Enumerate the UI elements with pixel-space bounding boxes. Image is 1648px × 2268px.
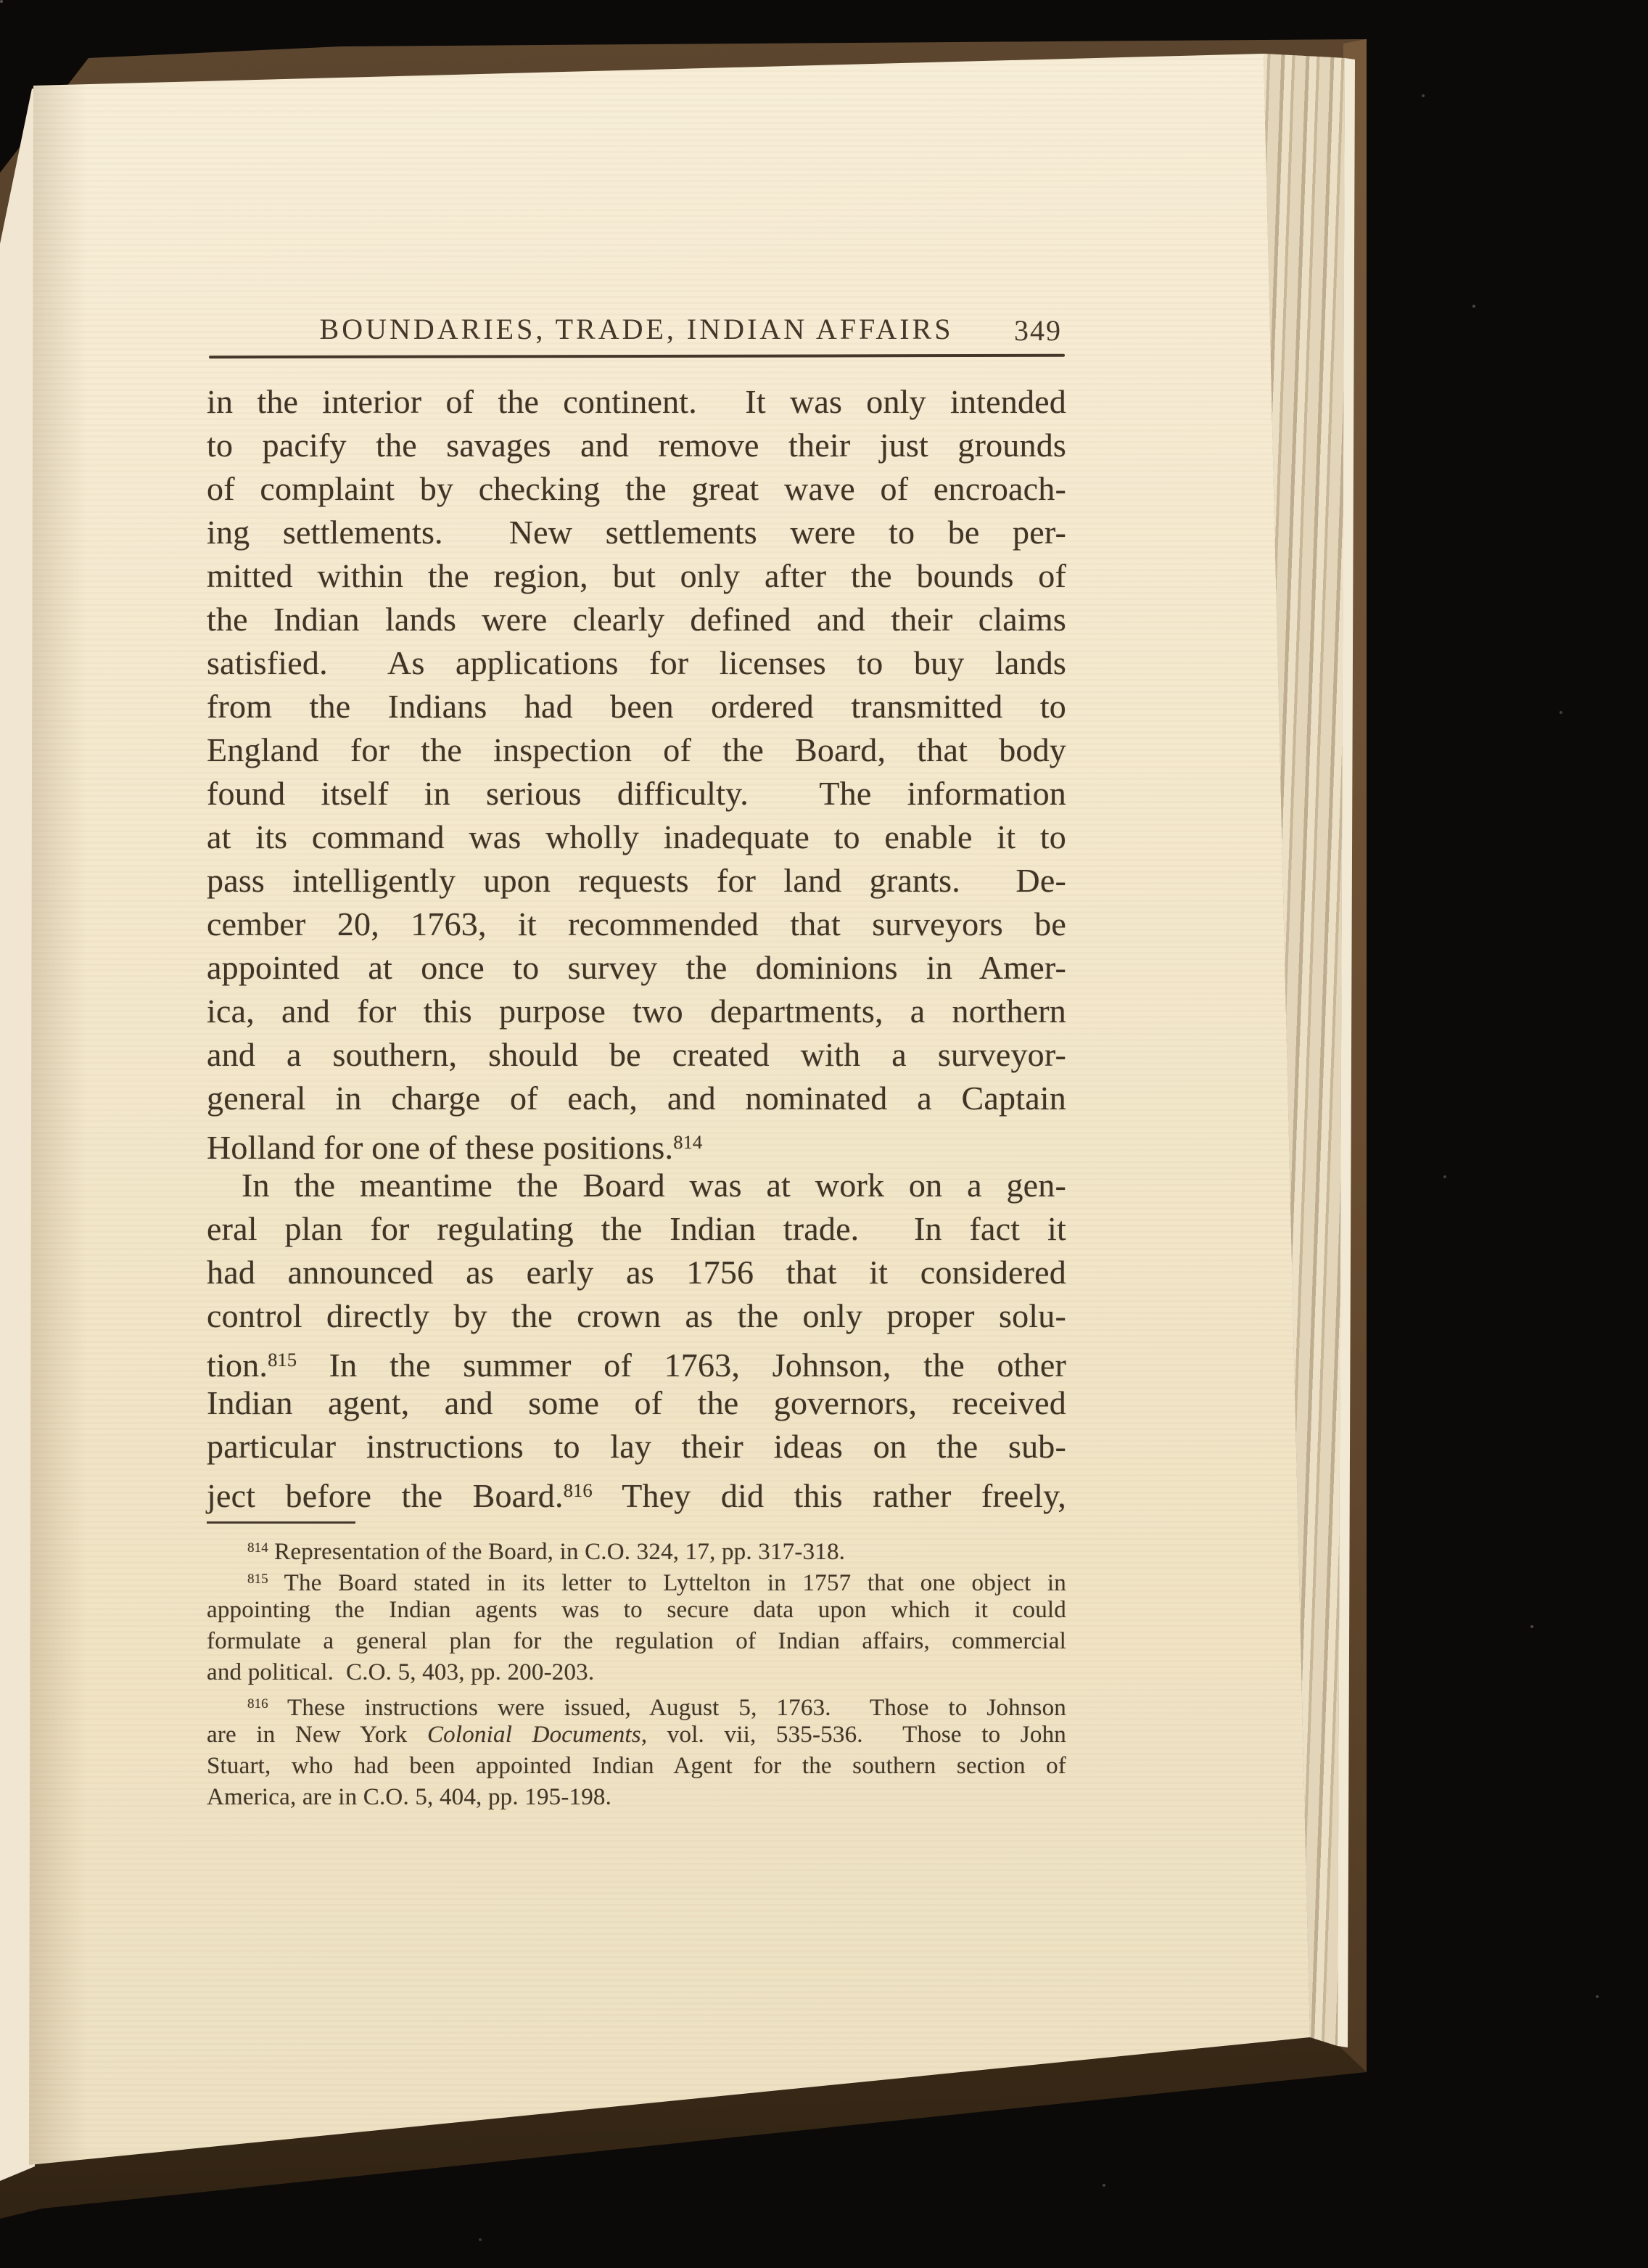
text-line: 815 The Board stated in its letter to Ly… xyxy=(207,1564,1066,1595)
text-line: particular instructions to lay their ide… xyxy=(207,1425,1066,1468)
footnote-marker: 814 xyxy=(247,1540,268,1556)
text-line: appointed at once to survey the dominion… xyxy=(207,946,1066,990)
text-segment: appointing the Indian agents was to secu… xyxy=(207,1597,1066,1623)
italic-text: Colonial Documents xyxy=(427,1722,641,1748)
text-line: In the meantime the Board was at work on… xyxy=(207,1164,1066,1207)
page-number: 349 xyxy=(1014,311,1062,350)
text-segment: pass intelligently upon requests for lan… xyxy=(207,862,1066,899)
text-segment: America, are in C.O. 5, 404, pp. 195-198… xyxy=(207,1784,611,1810)
footnote-marker: 815 xyxy=(268,1349,297,1371)
text-line: eral plan for regulating the Indian trad… xyxy=(207,1207,1066,1251)
text-line: 816 These instructions were issued, Augu… xyxy=(207,1688,1066,1720)
text-segment: particular instructions to lay their ide… xyxy=(207,1428,1066,1465)
text-segment: Stuart, who had been appointed Indian Ag… xyxy=(207,1753,1066,1779)
text-line: and a southern, should be created with a… xyxy=(207,1033,1066,1077)
text-line: England for the inspection of the Board,… xyxy=(207,728,1066,772)
text-line: cember 20, 1763, it recommended that sur… xyxy=(207,903,1066,946)
text-segment: at its command was wholly inadequate to … xyxy=(207,818,1066,855)
text-segment: tion. xyxy=(207,1347,268,1384)
text-line: pass intelligently upon requests for lan… xyxy=(207,859,1066,903)
text-segment: had announced as early as 1756 that it c… xyxy=(207,1254,1066,1291)
text-segment: cember 20, 1763, it recommended that sur… xyxy=(207,905,1066,942)
text-segment: eral plan for regulating the Indian trad… xyxy=(207,1210,1066,1247)
text-line: Stuart, who had been appointed Indian Ag… xyxy=(207,1751,1066,1782)
text-segment: Holland for one of these positions. xyxy=(207,1129,673,1166)
text-segment: formulate a general plan for the regulat… xyxy=(207,1628,1066,1654)
text-segment: the Indian lands were clearly defined an… xyxy=(207,601,1066,638)
text-segment: Representation of the Board, in C.O. 324… xyxy=(268,1539,845,1565)
footnote-marker: 816 xyxy=(247,1696,268,1712)
footnote-marker: 815 xyxy=(247,1571,268,1587)
footnote-marker: 814 xyxy=(673,1131,702,1153)
text-line: are in New York Colonial Documents, vol.… xyxy=(207,1720,1066,1751)
dust-speckles xyxy=(0,0,3,3)
text-line: ject before the Board.816 They did this … xyxy=(207,1468,1066,1512)
body-text: in the interior of the continent. It was… xyxy=(207,380,1066,1512)
text-segment: ing settlements. New settlements were to… xyxy=(207,514,1066,551)
text-line: appointing the Indian agents was to secu… xyxy=(207,1595,1066,1626)
footnote-separator xyxy=(207,1521,355,1524)
text-line: from the Indians had been ordered transm… xyxy=(207,685,1066,728)
text-segment: found itself in serious difficulty. The … xyxy=(207,775,1066,812)
text-line: found itself in serious difficulty. The … xyxy=(207,772,1066,815)
text-line: ica, and for this purpose two department… xyxy=(207,990,1066,1033)
running-header-title: BOUNDARIES, TRADE, INDIAN AFFAIRS xyxy=(320,313,954,345)
text-line: and political. C.O. 5, 403, pp. 200-203. xyxy=(207,1657,1066,1688)
text-line: control directly by the crown as the onl… xyxy=(207,1294,1066,1338)
text-line: in the interior of the continent. It was… xyxy=(207,380,1066,424)
text-line: America, are in C.O. 5, 404, pp. 195-198… xyxy=(207,1782,1066,1813)
text-segment: and political. C.O. 5, 403, pp. 200-203. xyxy=(207,1659,594,1685)
text-line: had announced as early as 1756 that it c… xyxy=(207,1251,1066,1294)
text-line: the Indian lands were clearly defined an… xyxy=(207,598,1066,641)
text-segment: England for the inspection of the Board,… xyxy=(207,731,1066,768)
text-line: formulate a general plan for the regulat… xyxy=(207,1626,1066,1657)
footnote-marker: 816 xyxy=(564,1479,593,1501)
text-line: mitted within the region, but only after… xyxy=(207,554,1066,598)
book-page: BOUNDARIES, TRADE, INDIAN AFFAIRS 349 in… xyxy=(0,0,1648,2268)
text-segment: of complaint by checking the great wave … xyxy=(207,470,1066,507)
text-line: tion.815 In the summer of 1763, Johnson,… xyxy=(207,1338,1066,1381)
text-line: of complaint by checking the great wave … xyxy=(207,467,1066,511)
text-segment: Indian agent, and some of the governors,… xyxy=(207,1384,1066,1421)
text-line: Indian agent, and some of the governors,… xyxy=(207,1381,1066,1425)
text-segment: These instructions were issued, August 5… xyxy=(268,1695,1066,1721)
text-segment: are in New York xyxy=(207,1722,427,1748)
footnotes: 814 Representation of the Board, in C.O.… xyxy=(207,1532,1066,1813)
text-segment: control directly by the crown as the onl… xyxy=(207,1297,1066,1334)
text-segment: The Board stated in its letter to Lyttel… xyxy=(268,1570,1066,1596)
text-line: Holland for one of these positions.814 xyxy=(207,1120,1066,1164)
text-segment: They did this rather freely, xyxy=(593,1477,1066,1514)
text-line: at its command was wholly inadequate to … xyxy=(207,815,1066,859)
running-header: BOUNDARIES, TRADE, INDIAN AFFAIRS 349 xyxy=(207,310,1066,349)
text-segment: from the Indians had been ordered transm… xyxy=(207,688,1066,725)
text-line: general in charge of each, and nominated… xyxy=(207,1077,1066,1120)
text-segment: ica, and for this purpose two department… xyxy=(207,993,1066,1030)
photo-backdrop: BOUNDARIES, TRADE, INDIAN AFFAIRS 349 in… xyxy=(0,0,1648,2268)
text-line: satisfied. As applications for licenses … xyxy=(207,641,1066,685)
text-segment: satisfied. As applications for licenses … xyxy=(207,644,1066,681)
text-segment: mitted within the region, but only after… xyxy=(207,557,1066,594)
text-segment: and a southern, should be created with a… xyxy=(207,1036,1066,1073)
text-segment: In the summer of 1763, Johnson, the othe… xyxy=(297,1347,1066,1384)
text-segment: to pacify the savages and remove their j… xyxy=(207,427,1066,464)
text-line: to pacify the savages and remove their j… xyxy=(207,424,1066,467)
text-segment: appointed at once to survey the dominion… xyxy=(207,949,1066,986)
text-segment: general in charge of each, and nominated… xyxy=(207,1080,1066,1117)
text-segment: In the meantime the Board was at work on… xyxy=(242,1167,1066,1204)
text-segment: , vol. vii, 535-536. Those to John xyxy=(641,1722,1066,1748)
text-line: 814 Representation of the Board, in C.O.… xyxy=(207,1532,1066,1564)
text-segment: ject before the Board. xyxy=(207,1477,564,1514)
text-segment: in the interior of the continent. It was… xyxy=(207,383,1066,420)
text-line: ing settlements. New settlements were to… xyxy=(207,511,1066,554)
